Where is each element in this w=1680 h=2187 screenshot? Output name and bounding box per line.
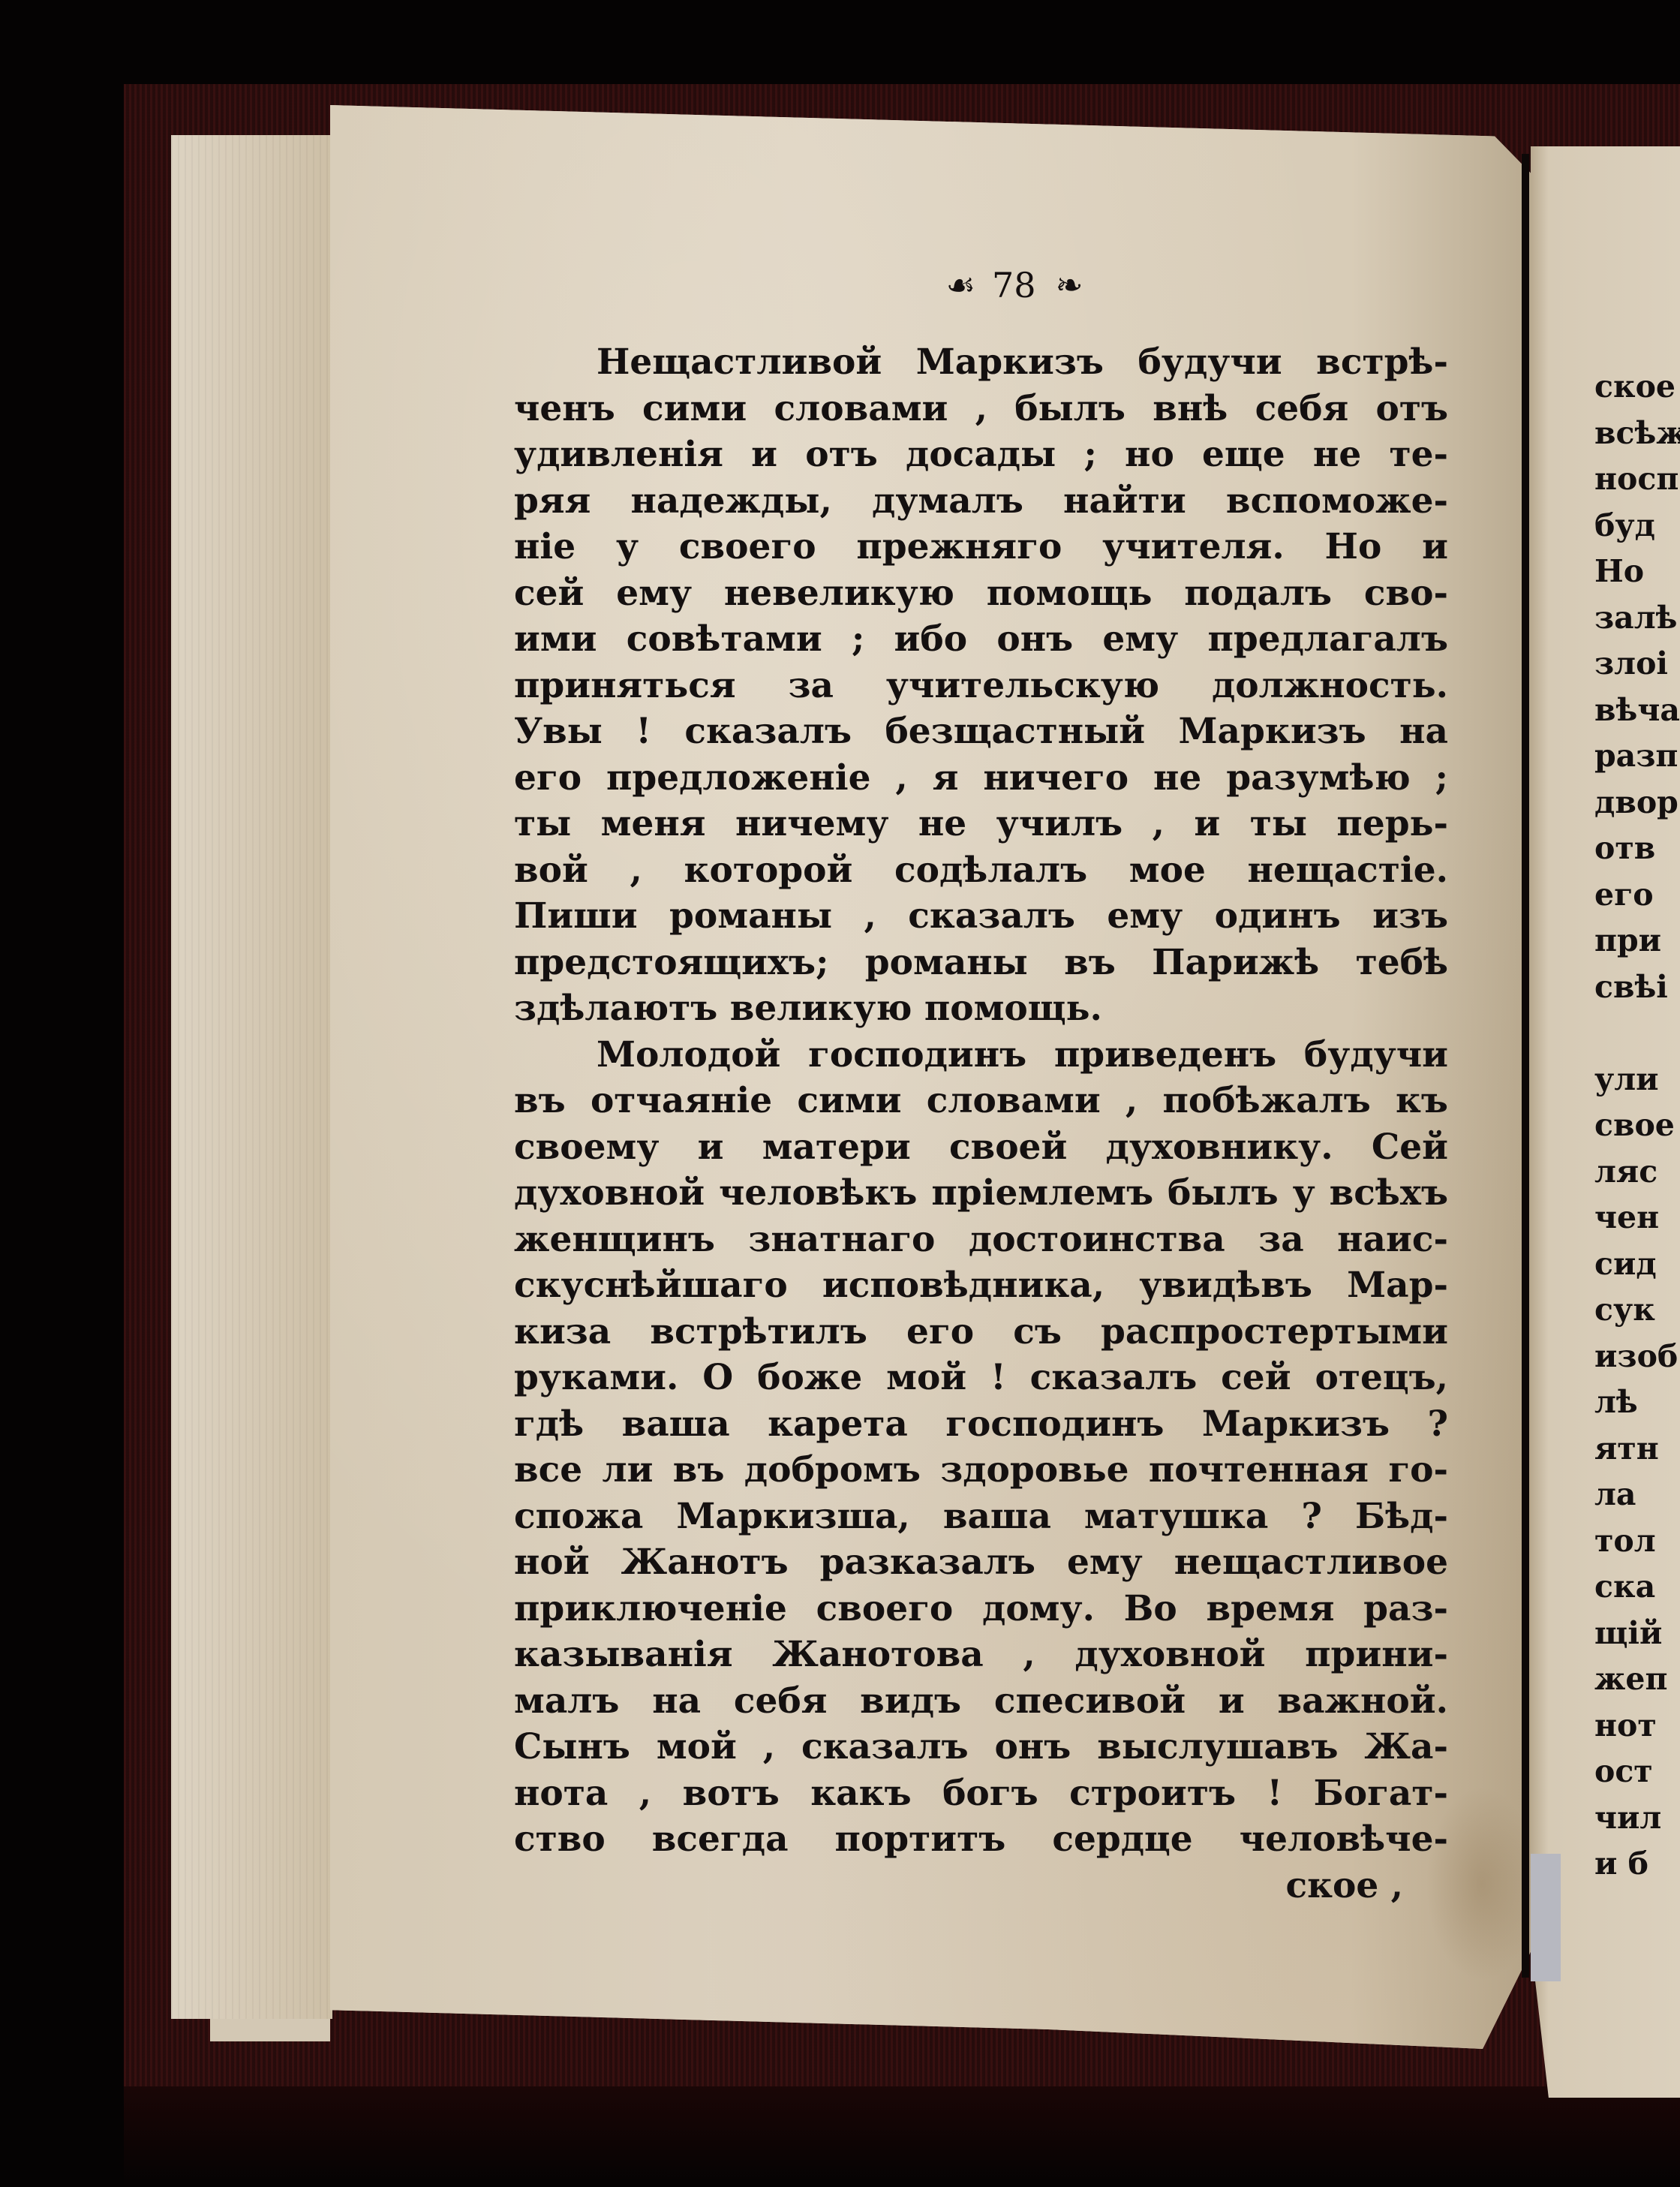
right-text-line: нот [1594,1703,1680,1749]
text-line: Пиши романы , сказалъ ему одинъ изъ [514,893,1448,940]
right-text-line: его [1594,872,1680,919]
right-text-line: ост [1594,1749,1680,1795]
right-text-line: сук [1594,1287,1680,1334]
right-text-line: жеп [1594,1656,1680,1703]
paragraph-gap [1594,1010,1680,1057]
ornament-right-icon: ❧ [1056,266,1080,305]
text-line: скуснѣйшаго исповѣдника, увидѣвъ Мар- [514,1262,1448,1309]
right-text-line: всѣж [1594,411,1680,457]
right-text-line: Но [1594,549,1680,595]
text-line: здѣлаютъ великую помощь. [514,985,1448,1032]
text-line: руками. О боже мой ! сказалъ сей отецъ, [514,1355,1448,1401]
right-text-line: сид [1594,1241,1680,1288]
text-line: Нещастливой Маркизъ будучи встрѣ- [514,339,1448,386]
text-line: малъ на себя видъ спесивой и важной. [514,1678,1448,1725]
text-line: ной Жанотъ разказалъ ему нещастливое [514,1539,1448,1586]
text-line: въ отчаяніе сими словами , побѣжалъ къ [514,1078,1448,1124]
right-text-line: изоб [1594,1334,1680,1380]
right-text-line: тол [1594,1518,1680,1565]
right-text-line: ла [1594,1472,1680,1518]
text-line: нота , вотъ какъ богъ строитъ ! Богат- [514,1770,1448,1817]
body-text: Нещастливой Маркизъ будучи встрѣ-ченъ си… [514,339,1448,1909]
book-gutter [1522,154,1529,1978]
right-text-line: залѣ [1594,595,1680,642]
right-text-line: при [1594,918,1680,964]
text-line: приняться за учительскую должность. [514,663,1448,709]
right-text-line: ляс [1594,1149,1680,1196]
right-page-text-fragment: скоевсѣжноспбудНозалѣзлоівѣчаразпдворотв… [1594,364,1680,1888]
page-stack-lower-edge [210,2019,330,2041]
right-text-line: ское [1594,364,1680,411]
right-text-line: разп [1594,733,1680,780]
text-line: ими совѣтами ; ибо онъ ему предлагалъ [514,616,1448,663]
right-text-line: злоі [1594,641,1680,687]
right-text-line: щій [1594,1611,1680,1657]
right-text-line: чил [1594,1795,1680,1842]
gutter-light-gap [1531,1854,1561,1981]
right-text-line: двор [1594,780,1680,826]
text-line: сей ему невеликую помощь подалъ сво- [514,570,1448,617]
text-line: гдѣ ваша карета господинъ Маркизъ ? [514,1401,1448,1448]
text-line: ряя надежды, думалъ найти вспоможе- [514,478,1448,525]
right-text-line: вѣча [1594,687,1680,734]
right-text-line: лѣ [1594,1379,1680,1426]
text-line: киза встрѣтилъ его съ распростертыми [514,1309,1448,1355]
cover-shadow [124,2086,1680,2187]
right-text-line: отв [1594,826,1680,872]
text-line: Сынъ мой , сказалъ онъ выслушавъ Жа- [514,1724,1448,1770]
right-text-line: чен [1594,1195,1680,1241]
text-line: ніе у своего прежняго учителя. Но и [514,524,1448,570]
text-line: вой , которой содѣлалъ мое нещастіе. [514,847,1448,894]
right-text-line: ули [1594,1057,1680,1103]
text-line: казыванія Жанотова , духовной прини- [514,1632,1448,1678]
right-text-line: носп [1594,456,1680,503]
right-text-line: ска [1594,1564,1680,1611]
running-header: ☙ 78 ❧ [825,255,1201,315]
right-text-line: буд [1594,503,1680,549]
text-line: приключеніе своего дому. Во время раз- [514,1586,1448,1632]
text-line: ство всегда портитъ сердце человѣче- [514,1816,1448,1863]
right-text-line: и б [1594,1841,1680,1888]
ornament-left-icon: ☙ [946,266,972,305]
text-line: ты меня ничему не училъ , и ты перь- [514,801,1448,847]
text-line: своему и матери своей духовнику. Сей [514,1124,1448,1171]
right-text-line: свѣі [1594,964,1680,1011]
text-line: Молодой господинъ приведенъ будучи [514,1032,1448,1078]
text-line: удивленія и отъ досады ; но еще не те- [514,432,1448,478]
page-stack-edge [171,135,332,2019]
right-text-line: свое [1594,1103,1680,1149]
text-line: спожа Маркизша, ваша матушка ? Бѣд- [514,1494,1448,1540]
text-line: все ли въ добромъ здоровье почтенная го- [514,1447,1448,1494]
page-number: 78 [992,265,1036,305]
text-line: ченъ сими словами , былъ внѣ себя отъ [514,386,1448,432]
text-line: духовной человѣкъ пріемлемъ былъ у всѣхъ [514,1170,1448,1217]
text-line: его предложеніе , я ничего не разумѣю ; [514,755,1448,802]
catchword: ское , [514,1863,1448,1909]
text-line: Увы ! сказалъ безщастный Маркизъ на [514,708,1448,755]
text-line: предстоящихъ; романы въ Парижѣ тебѣ [514,940,1448,986]
right-text-line: ятн [1594,1426,1680,1473]
text-line: женщинъ знатнаго достоинства за наис- [514,1217,1448,1263]
